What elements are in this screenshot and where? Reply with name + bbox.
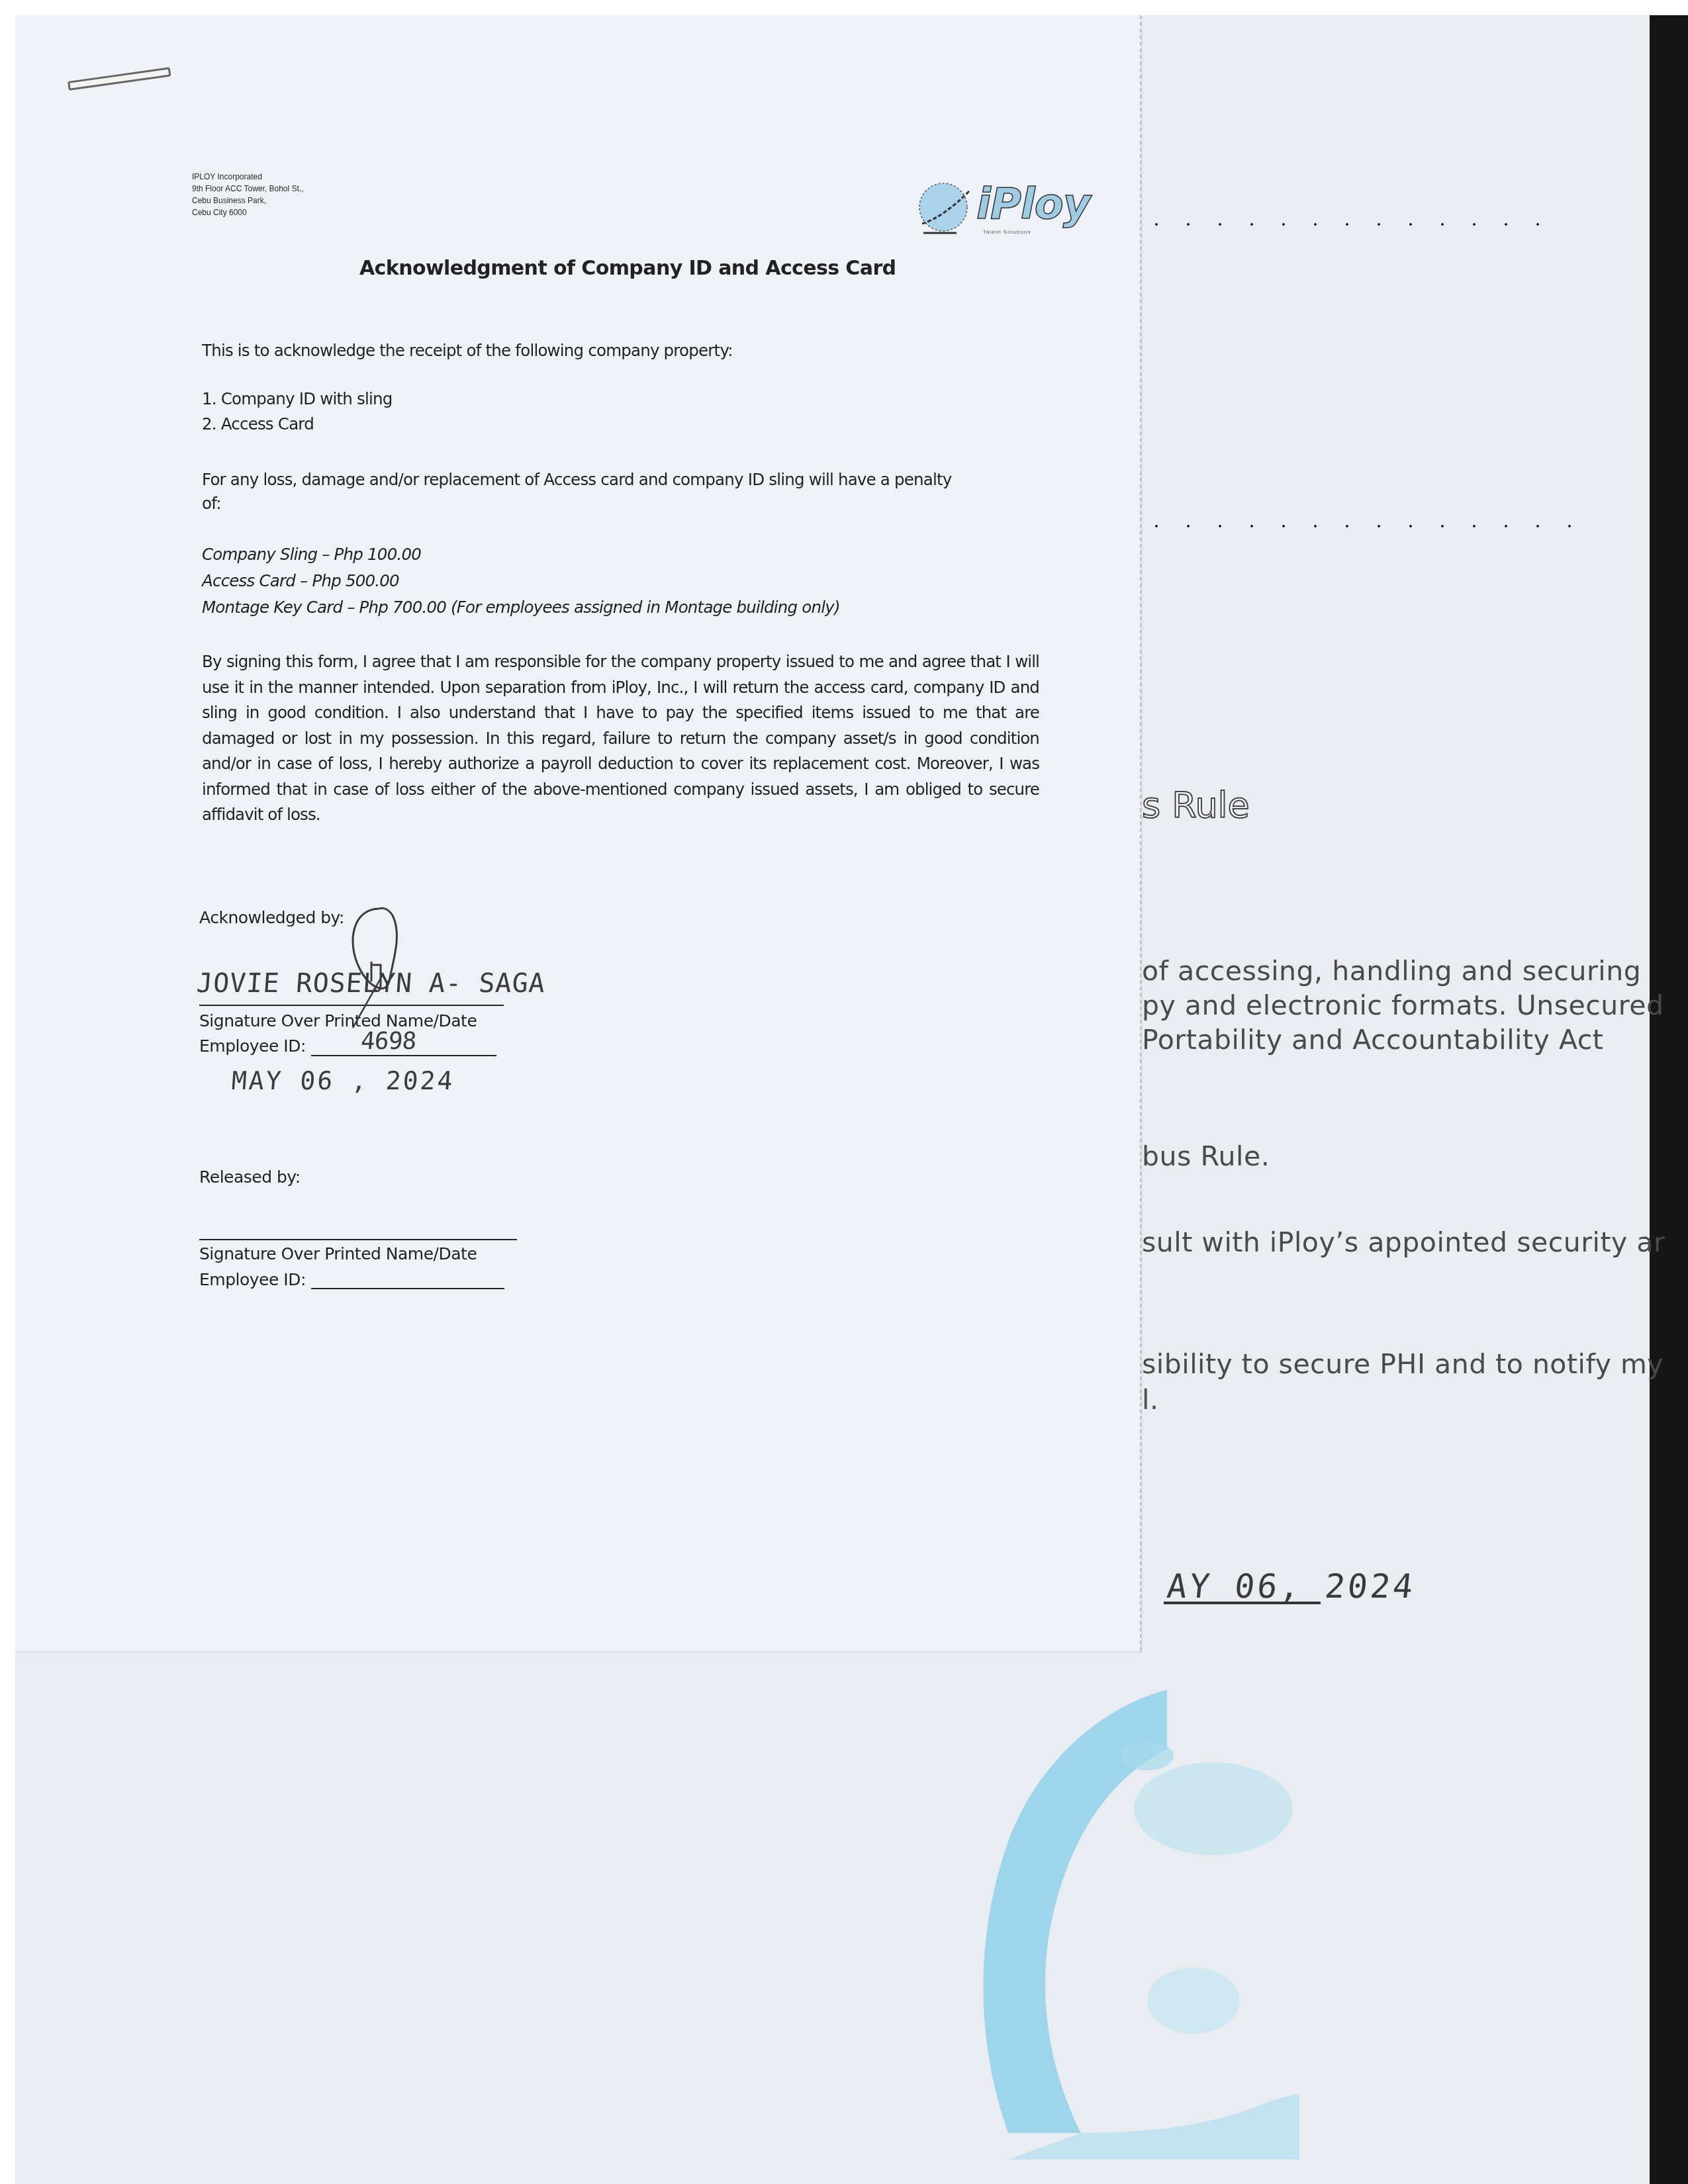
back-page-line: l.	[1142, 1384, 1158, 1416]
released-employee-id-line	[311, 1288, 504, 1289]
address-line: Cebu Business Park,	[192, 195, 304, 206]
penalty-item: Access Card – Php 500.00	[202, 571, 399, 590]
address-line: Cebu City 6000	[192, 206, 304, 218]
penalty-item: Company Sling – Php 100.00	[202, 545, 421, 564]
date-underline	[1164, 1602, 1321, 1604]
back-page-line: py and electronic formats. Unsecured	[1142, 989, 1664, 1021]
front-page: IPLOY Incorporated 9th Floor ACC Tower, …	[15, 15, 1141, 1651]
property-item: 1. Company ID with sling	[202, 389, 392, 408]
faint-dotted-line	[1141, 525, 1591, 527]
logo-tagline: Talent Solutions	[983, 229, 1031, 235]
released-signature-label: Signature Over Printed Name/Date	[199, 1244, 477, 1263]
released-signature-line	[199, 1239, 517, 1240]
signature-scribble	[340, 902, 419, 1034]
released-by-label: Released by:	[199, 1167, 301, 1187]
penalty-intro: For any loss, damage and/or replacement …	[202, 470, 952, 489]
back-page-title-fragment: s Rule	[1142, 784, 1250, 826]
logo-globe-icon	[910, 177, 976, 237]
globe-watermark-icon	[929, 1670, 1392, 2173]
letterhead-address: IPLOY Incorporated 9th Floor ACC Tower, …	[192, 171, 304, 218]
acknowledged-signature-label: Signature Over Printed Name/Date	[199, 1011, 477, 1030]
back-page-line: sult with iPloy’s appointed security ar	[1142, 1226, 1665, 1258]
address-line: 9th Floor ACC Tower, Bohol St.,	[192, 183, 304, 195]
handwritten-date: MAY 06 , 2024	[230, 1066, 455, 1095]
company-name: IPLOY Incorporated	[192, 171, 304, 183]
acknowledged-employee-id-line	[311, 1055, 496, 1056]
scanner-edge-strip	[1650, 15, 1688, 2184]
agreement-paragraph: By signing this form, I agree that I am …	[202, 649, 1039, 828]
acknowledged-by-label: Acknowledged by:	[199, 908, 344, 927]
back-page-line: of accessing, handling and securing	[1142, 955, 1641, 987]
logo-wordmark: iPloy	[976, 180, 1090, 229]
handwritten-date-fragment: AY 06, 2024	[1165, 1567, 1417, 1606]
acknowledged-employee-id-label: Employee ID:	[199, 1036, 306, 1056]
faint-dotted-line	[1141, 223, 1564, 226]
released-employee-id-label: Employee ID:	[199, 1270, 306, 1289]
penalty-item: Montage Key Card – Php 700.00 (For emplo…	[202, 598, 840, 617]
staple-icon	[68, 67, 171, 91]
intro-text: This is to acknowledge the receipt of th…	[202, 341, 733, 360]
back-page-line: bus Rule.	[1142, 1140, 1270, 1172]
penalty-intro: of:	[202, 494, 221, 513]
back-page-line: Portability and Accountability Act	[1142, 1024, 1603, 1056]
property-item: 2. Access Card	[202, 414, 314, 433]
back-page-line: sibility to secure PHI and to notify my	[1142, 1348, 1664, 1380]
iploy-logo: iPloy Talent Solutions	[910, 177, 1122, 237]
document-title: Acknowledgment of Company ID and Access …	[359, 257, 896, 280]
